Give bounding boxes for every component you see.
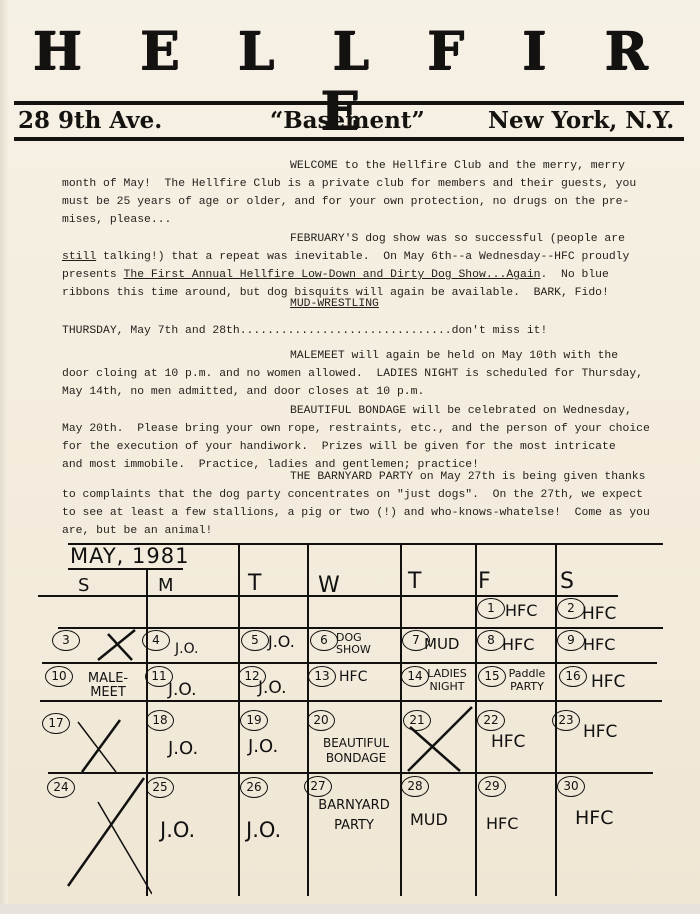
day-note: J.O. <box>168 740 198 758</box>
day-note: HFC <box>486 816 518 832</box>
barnyard-line: to see at least a few stallions, a pig o… <box>62 507 650 519</box>
crossed-out-icon <box>400 705 474 772</box>
barnyard-line: to complaints that the dog party concent… <box>62 489 643 501</box>
malemeet-paragraph: MALEMEET will again be held on May 10th … <box>62 347 652 401</box>
day-number: 25 <box>146 777 174 798</box>
day-note: BARNYARD PARTY <box>306 796 402 836</box>
dog-show-event-title: The First Annual Hellfire Low-Down and D… <box>124 269 541 281</box>
welcome-line: month of May! The Hellfire Club is a pri… <box>62 178 636 190</box>
weekday-sat: S <box>560 571 574 593</box>
day-number: 3 <box>52 630 80 651</box>
welcome-paragraph: WELCOME to the Hellfire Club and the mer… <box>62 157 652 229</box>
day-number: 19 <box>240 710 268 731</box>
day-number: 17 <box>42 713 70 734</box>
day-note: J.O. <box>258 680 287 697</box>
weekday-thu: T <box>408 571 421 593</box>
masthead-bottom-rule <box>14 137 684 141</box>
day-note: MUD <box>410 812 448 828</box>
day-note: HFC <box>502 637 534 653</box>
day-note: HFC <box>583 724 617 741</box>
day-number: 1 <box>477 598 505 619</box>
day-note: DOG SHOW <box>336 632 384 656</box>
weekday-tue: T <box>248 573 261 595</box>
day-note: HFC <box>505 603 537 619</box>
day-number: 9 <box>557 630 585 651</box>
day-note: BEAUTIFUL BONDAGE <box>310 736 402 766</box>
day-number: 10 <box>45 666 73 687</box>
crossed-out-icon <box>80 628 140 662</box>
day-note: J.O. <box>246 820 281 841</box>
week2-line <box>42 662 657 664</box>
day-number: 28 <box>401 776 429 797</box>
day-note: Paddle PARTY <box>500 667 554 693</box>
day-note: HFC <box>583 637 615 653</box>
calendar-month-label: MAY, 1981 <box>70 546 189 567</box>
day-number: 4 <box>142 630 170 651</box>
dog-show-emphasis: still <box>62 251 96 263</box>
weekday-mon: M <box>158 577 174 595</box>
day-number: 20 <box>307 710 335 731</box>
day-note: J.O. <box>175 642 198 656</box>
day-number: 5 <box>241 630 269 651</box>
day-number: 22 <box>477 710 505 731</box>
day-number: 16 <box>559 666 587 687</box>
day-note: HFC <box>575 809 613 828</box>
barnyard-line: are, but be an animal! <box>62 525 212 537</box>
dog-show-line: presents <box>62 269 124 281</box>
weekday-wed: W <box>318 575 340 597</box>
day-number: 18 <box>146 710 174 731</box>
bondage-paragraph: BEAUTIFUL BONDAGE will be celebrated on … <box>62 402 652 474</box>
day-number: 23 <box>552 710 580 731</box>
welcome-line: mises, please... <box>62 214 171 226</box>
malemeet-line: May 14th, no men admitted, and door clos… <box>62 386 424 398</box>
crossed-out-icon <box>60 774 152 896</box>
address-basement: “Basement” <box>270 104 425 136</box>
day-note: HFC <box>582 606 616 623</box>
day-note: J.O. <box>160 820 195 841</box>
day-number: 8 <box>477 630 505 651</box>
weekday-fri: F <box>478 571 491 593</box>
welcome-line: must be 25 years of age or older, and fo… <box>62 196 629 208</box>
day-note: J.O. <box>248 738 278 756</box>
dog-show-lead: FEBRUARY'S dog show was so successful (p… <box>62 233 625 245</box>
day-number: 30 <box>557 776 585 797</box>
crossed-out-icon <box>72 718 122 774</box>
address-street: 28 9th Ave. <box>18 104 162 136</box>
day-number: 29 <box>478 776 506 797</box>
day-note: MALE-MEET <box>74 672 142 700</box>
malemeet-line: door cloing at 10 p.m. and no women allo… <box>62 368 643 380</box>
mud-wrestling-line: THURSDAY, May 7th and 28th..............… <box>62 322 652 340</box>
malemeet-lead: MALEMEET will again be held on May 10th … <box>62 350 618 362</box>
month-underline <box>68 568 183 570</box>
day-number: 27 <box>304 776 332 797</box>
week1-line <box>58 627 663 629</box>
day-note: HFC <box>339 670 367 684</box>
welcome-lead: WELCOME to the Hellfire Club and the mer… <box>62 160 625 172</box>
barnyard-paragraph: THE BARNYARD PARTY on May 27th is being … <box>62 468 652 540</box>
barnyard-lead: THE BARNYARD PARTY on May 27th is being … <box>62 471 645 483</box>
bondage-lead: BEAUTIFUL BONDAGE will be celebrated on … <box>62 405 632 417</box>
weekday-sun: S <box>78 577 89 595</box>
day-number: 2 <box>557 598 585 619</box>
address-city: New York, N.Y. <box>488 104 674 136</box>
bondage-line: May 20th. Please bring your own rope, re… <box>62 423 650 435</box>
week3-line <box>40 700 662 702</box>
day-note: J.O. <box>168 682 197 699</box>
bondage-line: for the execution of your handiwork. Pri… <box>62 441 616 453</box>
day-note: MUD <box>424 637 459 652</box>
dog-show-line: . No blue <box>541 269 609 281</box>
day-note: J.O. <box>268 634 295 650</box>
day-note: HFC <box>591 674 625 691</box>
dog-show-line: talking!) that a repeat was inevitable. … <box>96 251 629 263</box>
paper-bottom-edge <box>0 904 700 914</box>
day-note: LADIES NIGHT <box>418 667 476 693</box>
day-number: 6 <box>310 630 338 651</box>
day-note: HFC <box>491 734 525 751</box>
dog-show-paragraph: FEBRUARY'S dog show was so successful (p… <box>62 230 652 302</box>
day-number: 26 <box>240 777 268 798</box>
mud-wrestling-heading: MUD-WRESTLING <box>290 295 379 313</box>
day-number: 13 <box>308 666 336 687</box>
